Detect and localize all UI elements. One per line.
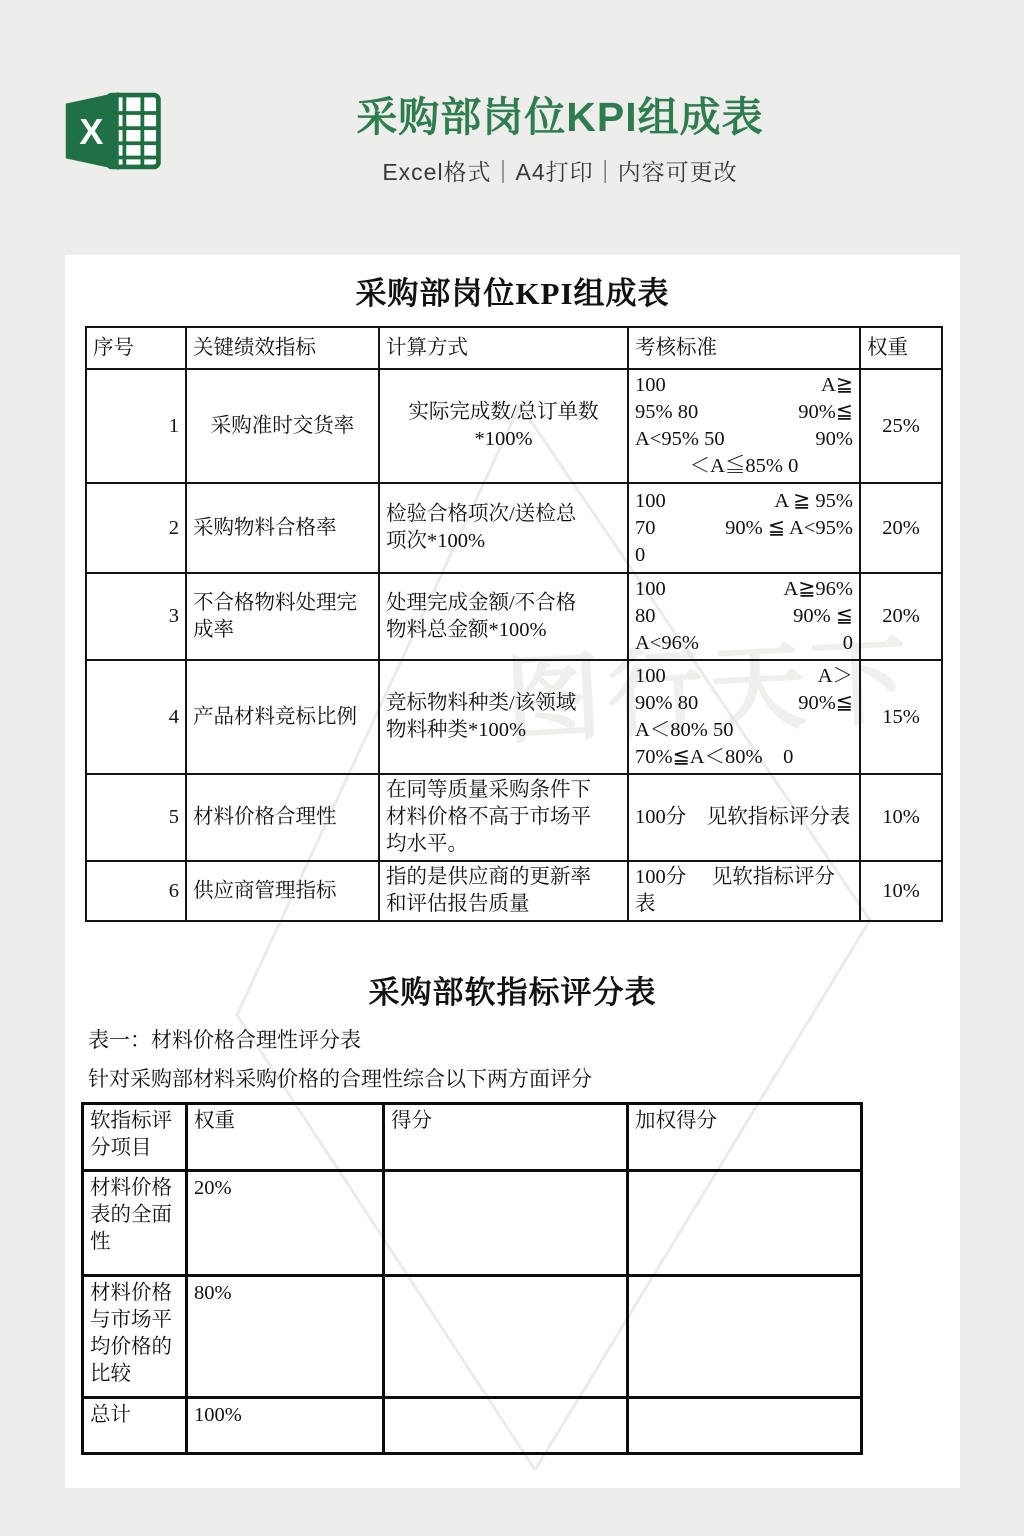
document-sheet: 图行天下 采购部岗位KPI组成表 序号关键绩效指标计算方式考核标准权重 1采购准…	[65, 255, 960, 1488]
kpi-header-cell: 关键绩效指标	[186, 327, 379, 369]
kpi-header-cell: 考核标准	[628, 327, 860, 369]
app-subtitle: Excel格式｜A4打印｜内容可更改	[130, 154, 990, 187]
svg-text:X: X	[79, 111, 103, 152]
cell-method: 指的是供应商的更新率和评估报告质量	[379, 861, 628, 921]
kpi-row: 3不合格物料处理完成率处理完成金额/不合格物料总金额*100%100A≧96%8…	[86, 573, 942, 660]
cell-score	[384, 1276, 628, 1398]
kpi-table: 序号关键绩效指标计算方式考核标准权重 1采购准时交货率实际完成数/总订单数*10…	[85, 326, 943, 922]
page-background: X 采购部岗位KPI组成表 Excel格式｜A4打印｜内容可更改 图行天下 采购…	[0, 0, 1024, 1536]
soft-header-row: 软指标评分项目权重得分加权得分	[83, 1104, 862, 1171]
cell-item: 材料价格与市场平均价格的比较	[83, 1276, 187, 1398]
cell-indicator: 供应商管理指标	[186, 861, 379, 921]
cell-item: 总计	[83, 1398, 187, 1454]
kpi-header-cell: 计算方式	[379, 327, 628, 369]
kpi-row: 2采购物料合格率检验合格项次/送检总项次*100%100A ≧ 95%7090%…	[86, 483, 942, 573]
cell-weight: 100%	[187, 1398, 384, 1454]
soft-header-cell: 得分	[384, 1104, 628, 1171]
cell-method: 在同等质量采购条件下材料价格不高于市场平均水平。	[379, 774, 628, 861]
cell-score	[384, 1171, 628, 1276]
cell-weight: 20%	[187, 1171, 384, 1276]
cell-weighted-score	[628, 1398, 862, 1454]
cell-seq: 3	[86, 573, 186, 660]
cell-weight: 25%	[860, 369, 942, 483]
soft-note-1: 表一：材料价格合理性评分表	[88, 1027, 361, 1053]
app-title: 采购部岗位KPI组成表	[130, 92, 990, 142]
cell-weighted-score	[628, 1171, 862, 1276]
soft-score-table: 软指标评分项目权重得分加权得分 材料价格表的全面性20%材料价格与市场平均价格的…	[81, 1102, 863, 1455]
cell-method: 处理完成金额/不合格物料总金额*100%	[379, 573, 628, 660]
kpi-row: 1采购准时交货率实际完成数/总订单数*100%100A≧95% 8090%≦A<…	[86, 369, 942, 483]
cell-method: 竞标物料种类/该领域物料种类*100%	[379, 660, 628, 774]
cell-item: 材料价格表的全面性	[83, 1171, 187, 1276]
soft-row: 材料价格表的全面性20%	[83, 1171, 862, 1276]
kpi-row: 6供应商管理指标指的是供应商的更新率和评估报告质量100分 见软指标评分表10%	[86, 861, 942, 921]
cell-weight: 15%	[860, 660, 942, 774]
soft-header-cell: 加权得分	[628, 1104, 862, 1171]
cell-method: 实际完成数/总订单数*100%	[379, 369, 628, 483]
cell-standard: 100A ≧ 95%7090% ≦ A<95%0	[628, 483, 860, 573]
cell-weight: 20%	[860, 483, 942, 573]
cell-standard: 100A≧95% 8090%≦A<95% 5090%＜A≦85% 0	[628, 369, 860, 483]
cell-indicator: 产品材料竞标比例	[186, 660, 379, 774]
cell-indicator: 材料价格合理性	[186, 774, 379, 861]
cell-standard: 100A＞90% 8090%≦A＜80% 5070%≦A＜80% 0	[628, 660, 860, 774]
cell-indicator: 不合格物料处理完成率	[186, 573, 379, 660]
header-text-block: 采购部岗位KPI组成表 Excel格式｜A4打印｜内容可更改	[130, 92, 990, 187]
cell-weight: 80%	[187, 1276, 384, 1398]
cell-seq: 4	[86, 660, 186, 774]
cell-indicator: 采购准时交货率	[186, 369, 379, 483]
kpi-table-title: 采购部岗位KPI组成表	[65, 268, 960, 313]
cell-standard: 100分 见软指标评分表	[628, 774, 860, 861]
soft-row: 材料价格与市场平均价格的比较80%	[83, 1276, 862, 1398]
cell-seq: 2	[86, 483, 186, 573]
cell-seq: 1	[86, 369, 186, 483]
soft-row: 总计100%	[83, 1398, 862, 1454]
cell-weight: 20%	[860, 573, 942, 660]
cell-standard: 100分 见软指标评分表	[628, 861, 860, 921]
soft-section-title: 采购部软指标评分表	[65, 967, 960, 1012]
soft-header-cell: 权重	[187, 1104, 384, 1171]
kpi-header-cell: 权重	[860, 327, 942, 369]
soft-header-cell: 软指标评分项目	[83, 1104, 187, 1171]
marketing-header: X 采购部岗位KPI组成表 Excel格式｜A4打印｜内容可更改	[0, 0, 1024, 255]
kpi-row: 4产品材料竞标比例竞标物料种类/该领域物料种类*100%100A＞90% 809…	[86, 660, 942, 774]
kpi-row: 5材料价格合理性在同等质量采购条件下材料价格不高于市场平均水平。100分 见软指…	[86, 774, 942, 861]
cell-method: 检验合格项次/送检总项次*100%	[379, 483, 628, 573]
kpi-header-cell: 序号	[86, 327, 186, 369]
cell-weight: 10%	[860, 861, 942, 921]
cell-score	[384, 1398, 628, 1454]
cell-weighted-score	[628, 1276, 862, 1398]
cell-seq: 6	[86, 861, 186, 921]
cell-standard: 100A≧96%8090% ≦A<96%0	[628, 573, 860, 660]
cell-weight: 10%	[860, 774, 942, 861]
cell-seq: 5	[86, 774, 186, 861]
cell-indicator: 采购物料合格率	[186, 483, 379, 573]
kpi-header-row: 序号关键绩效指标计算方式考核标准权重	[86, 327, 942, 369]
soft-note-2: 针对采购部材料采购价格的合理性综合以下两方面评分	[88, 1066, 592, 1092]
